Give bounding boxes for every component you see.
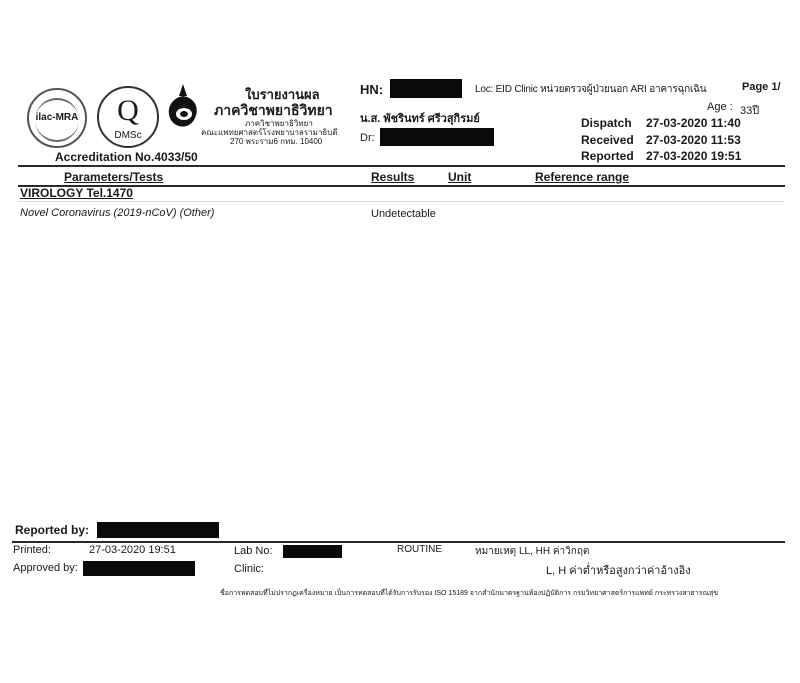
location: Loc: EID Clinic หน่วยตรวจผู้ป่วยนอก ARI … <box>475 82 706 97</box>
page-number: Page 1/ <box>742 81 781 93</box>
doctor-label: Dr: <box>360 132 375 144</box>
ilac-mra-text: ilac-MRA <box>31 112 83 123</box>
address: 270 พระราม6 กทม. 10400 <box>230 135 322 148</box>
header-divider <box>18 165 785 167</box>
dispatch-value: 27-03-2020 11:40 <box>646 116 741 130</box>
reported-by-label: Reported by: <box>15 523 89 537</box>
ilac-mra-logo: ilac-MRA <box>27 88 87 148</box>
accreditation-number: Accreditation No.4033/50 <box>55 150 198 164</box>
col-reference: Reference range <box>535 170 629 184</box>
received-value: 27-03-2020 11:53 <box>646 133 741 147</box>
col-parameters: Parameters/Tests <box>64 170 163 184</box>
dmsc-text: DMSc <box>99 130 157 141</box>
iso-disclaimer: ชื่อการทดสอบที่ไม่ปรากฏเครื่องหมาย เป็นก… <box>220 588 718 599</box>
age-value: 33ปี <box>740 101 759 119</box>
lab-no-redacted <box>283 545 342 558</box>
institution-emblem-logo <box>166 84 200 130</box>
section-virology: VIROLOGY Tel.1470 <box>20 186 133 200</box>
section-divider <box>18 201 785 202</box>
note-critical: หมายเหตุ LL, HH ค่าวิกฤต <box>475 544 589 559</box>
note-range: L, H ค่าต่ำหรือสูงกว่าค่าอ้างอิง <box>546 561 691 579</box>
column-header-divider <box>18 185 785 187</box>
printed-value: 27-03-2020 19:51 <box>89 544 176 556</box>
doctor-redacted <box>380 128 494 146</box>
patient-name: น.ส. พัชรินทร์ ศรีวสุกิรมย์ <box>360 109 480 127</box>
col-results: Results <box>371 170 414 184</box>
footer-divider <box>12 541 785 543</box>
dispatch-label: Dispatch <box>581 116 632 130</box>
test-name: Novel Coronavirus (2019-nCoV) (Other) <box>20 207 214 219</box>
approved-by-redacted <box>83 561 195 576</box>
age-label: Age : <box>707 101 733 113</box>
clinic-label: Clinic: <box>234 563 264 575</box>
received-label: Received <box>581 133 634 147</box>
col-unit: Unit <box>448 170 471 184</box>
printed-label: Printed: <box>13 544 51 556</box>
dmsc-q-letter: Q <box>99 94 157 128</box>
priority: ROUTINE <box>397 544 442 555</box>
lab-no-label: Lab No: <box>234 545 273 557</box>
approved-by-label: Approved by: <box>13 562 78 574</box>
reported-label: Reported <box>581 149 634 163</box>
hn-redacted <box>390 79 462 98</box>
hn-label: HN: <box>360 82 383 97</box>
dmsc-quality-logo: Q DMSc <box>97 86 159 148</box>
reported-by-redacted <box>97 522 219 538</box>
test-result: Undetectable <box>371 208 436 220</box>
reported-value: 27-03-2020 19:51 <box>646 149 741 163</box>
